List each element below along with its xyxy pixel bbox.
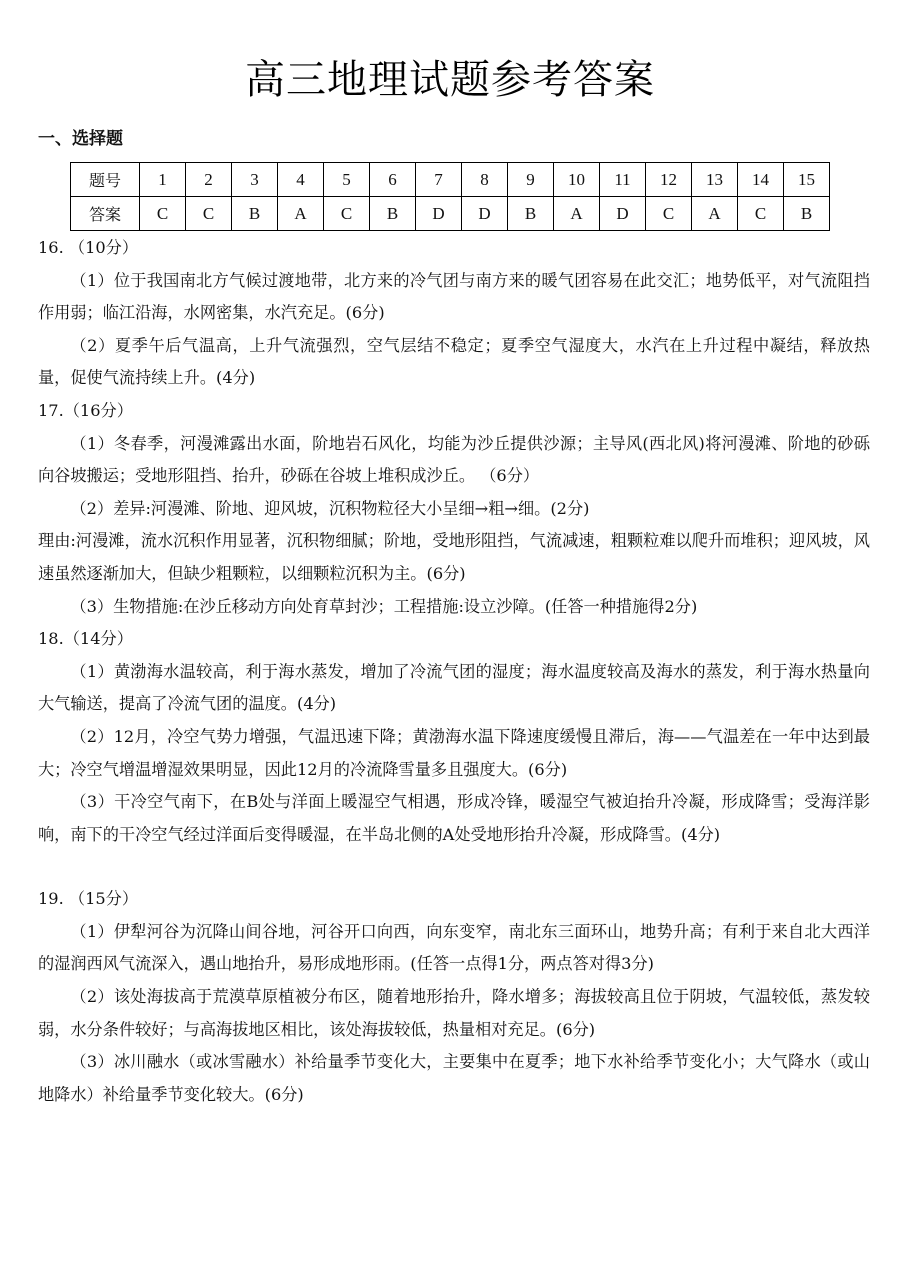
answer-content: 16. （10分） （1）位于我国南北方气候过渡地带，北方来的冷气团与南方来的暖…: [38, 232, 870, 1111]
table-cell: 1: [140, 163, 186, 197]
table-cell: 2: [186, 163, 232, 197]
answer-paragraph: （1）冬春季，河漫滩露出水面，阶地岩石风化，均能为沙丘提供沙源；主导风(西北风)…: [38, 428, 870, 493]
table-row-question-numbers: 题号 1 2 3 4 5 6 7 8 9 10 11 12 13 14 15: [71, 163, 830, 197]
table-cell: 13: [692, 163, 738, 197]
question-heading: 19. （15分）: [38, 883, 870, 916]
question-heading: 16. （10分）: [38, 232, 870, 265]
question-16: 16. （10分） （1）位于我国南北方气候过渡地带，北方来的冷气团与南方来的暖…: [38, 232, 870, 395]
table-row-answers: 答案 C C B A C B D D B A D C A C B: [71, 197, 830, 231]
table-cell: D: [416, 197, 462, 231]
row-label-question-number: 题号: [71, 163, 140, 197]
table-cell: 14: [738, 163, 784, 197]
question-19: 19. （15分） （1）伊犁河谷为沉降山间谷地，河谷开口向西，向东变窄，南北东…: [38, 883, 870, 1111]
table-cell: 7: [416, 163, 462, 197]
page-title: 高三地理试题参考答案: [0, 48, 900, 105]
answer-paragraph: （2）12月，冷空气势力增强，气温迅速下降；黄渤海水温下降速度缓慢且滞后，海——…: [38, 721, 870, 786]
table-cell: C: [646, 197, 692, 231]
answer-paragraph: （3）干冷空气南下，在B处与洋面上暖湿空气相遇，形成冷锋，暖湿空气被迫抬升冷凝，…: [38, 786, 870, 851]
table-cell: 11: [600, 163, 646, 197]
question-heading: 18.（14分）: [38, 623, 870, 656]
question-heading: 17.（16分）: [38, 395, 870, 428]
table-cell: 9: [508, 163, 554, 197]
table-cell: D: [600, 197, 646, 231]
table-cell: 6: [370, 163, 416, 197]
table-cell: C: [324, 197, 370, 231]
table-cell: B: [370, 197, 416, 231]
answer-paragraph: （2）夏季午后气温高，上升气流强烈，空气层结不稳定；夏季空气湿度大，水汽在上升过…: [38, 330, 870, 395]
answer-paragraph: （2）差异:河漫滩、阶地、迎风坡，沉积物粒径大小呈细→粗→细。(2分): [38, 493, 870, 526]
table-cell: A: [278, 197, 324, 231]
answer-paragraph: （3）冰川融水（或冰雪融水）补给量季节变化大，主要集中在夏季；地下水补给季节变化…: [38, 1046, 870, 1111]
table-cell: C: [186, 197, 232, 231]
section-heading-multiple-choice: 一、选择题: [38, 124, 123, 149]
table-cell: B: [784, 197, 830, 231]
table-cell: 8: [462, 163, 508, 197]
table-cell: 5: [324, 163, 370, 197]
table-cell: A: [692, 197, 738, 231]
table-cell: D: [462, 197, 508, 231]
answer-paragraph: （1）伊犁河谷为沉降山间谷地，河谷开口向西，向东变窄，南北东三面环山，地势升高；…: [38, 916, 870, 981]
answer-key-table: 题号 1 2 3 4 5 6 7 8 9 10 11 12 13 14 15 答…: [70, 162, 830, 231]
table-cell: 15: [784, 163, 830, 197]
answer-paragraph: （1）位于我国南北方气候过渡地带，北方来的冷气团与南方来的暖气团容易在此交汇；地…: [38, 265, 870, 330]
table-cell: B: [508, 197, 554, 231]
table-cell: A: [554, 197, 600, 231]
table-cell: 12: [646, 163, 692, 197]
table-cell: B: [232, 197, 278, 231]
row-label-answer: 答案: [71, 197, 140, 231]
table-cell: 10: [554, 163, 600, 197]
question-17: 17.（16分） （1）冬春季，河漫滩露出水面，阶地岩石风化，均能为沙丘提供沙源…: [38, 395, 870, 623]
table-cell: C: [140, 197, 186, 231]
table-cell: C: [738, 197, 784, 231]
answer-paragraph: （3）生物措施:在沙丘移动方向处育草封沙；工程措施:设立沙障。(任答一种措施得2…: [38, 591, 870, 624]
answer-paragraph: （2）该处海拔高于荒漠草原植被分布区，随着地形抬升，降水增多；海拔较高且位于阴坡…: [38, 981, 870, 1046]
table-cell: 4: [278, 163, 324, 197]
spacer: [38, 851, 870, 883]
table-cell: 3: [232, 163, 278, 197]
answer-paragraph: （1）黄渤海水温较高，利于海水蒸发，增加了冷流气团的湿度；海水温度较高及海水的蒸…: [38, 656, 870, 721]
answer-paragraph: 理由:河漫滩，流水沉积作用显著，沉积物细腻；阶地，受地形阻挡，气流减速，粗颗粒难…: [38, 525, 870, 590]
question-18: 18.（14分） （1）黄渤海水温较高，利于海水蒸发，增加了冷流气团的湿度；海水…: [38, 623, 870, 851]
